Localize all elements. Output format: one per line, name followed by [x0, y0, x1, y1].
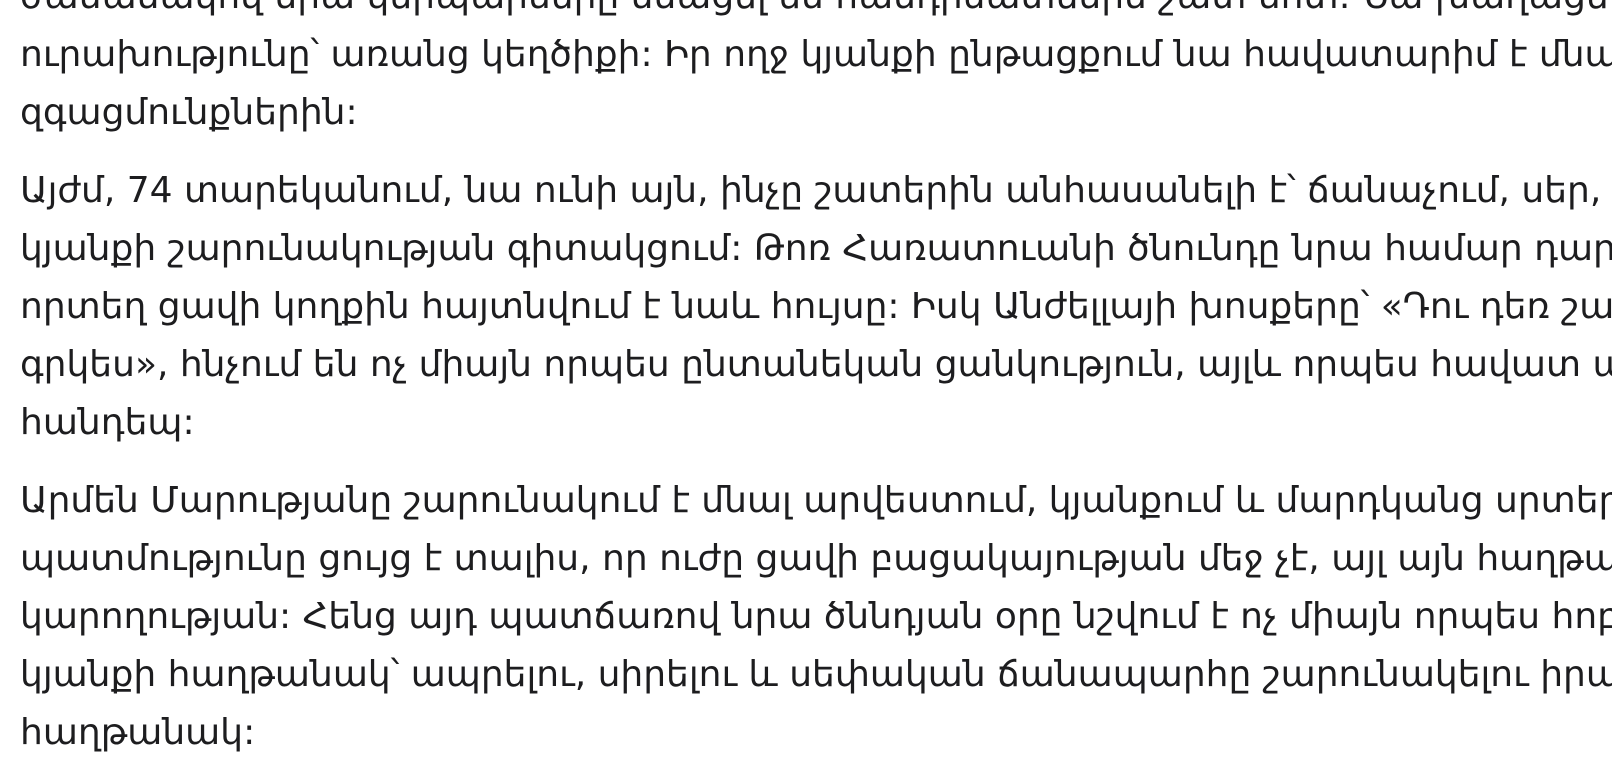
text-line: ժամանակով նրա կերպարները մնացել են հանդի…: [20, 0, 1592, 26]
paragraph: ժամանակով նրա կերպարները մնացել են հանդի…: [20, 0, 1592, 142]
text-line: Այժմ, 74 տարեկանում, նա ունի այն, ինչը շ…: [20, 162, 1592, 220]
paragraph: Այժմ, 74 տարեկանում, նա ունի այն, ինչը շ…: [20, 162, 1592, 452]
article-body: ժամանակով նրա կերպարները մնացել են հանդի…: [0, 0, 1612, 762]
text-line: որտեղ ցավի կողքին հայտնվում է նաև հույսը…: [20, 278, 1592, 336]
text-line: կյանքի հաղթանակ՝ ապրելու, սիրելու և սեփա…: [20, 646, 1592, 704]
text-line: հաղթանակ:: [20, 704, 1592, 762]
text-line: զգացմունքներին:: [20, 84, 1592, 142]
text-line: պատմությունը ցույց է տալիս, որ ուժը ցավի…: [20, 530, 1592, 588]
paragraph: Արմեն Մարությանը շարունակում է մնալ արվե…: [20, 472, 1592, 762]
text-line: գրկես», հնչում են ոչ միայն որպես ընտանեկ…: [20, 336, 1592, 394]
text-line: կարողության: Հենց այդ պատճառով նրա ծննդյ…: [20, 588, 1592, 646]
text-line: կյանքի շարունակության գիտակցում: Թոռ Հառ…: [20, 220, 1592, 278]
text-line: Արմեն Մարությանը շարունակում է մնալ արվե…: [20, 472, 1592, 530]
text-line: հանդեպ:: [20, 394, 1592, 452]
text-line: ուրախությունը՝ առանց կեղծիքի: Իր ողջ կյա…: [20, 26, 1592, 84]
